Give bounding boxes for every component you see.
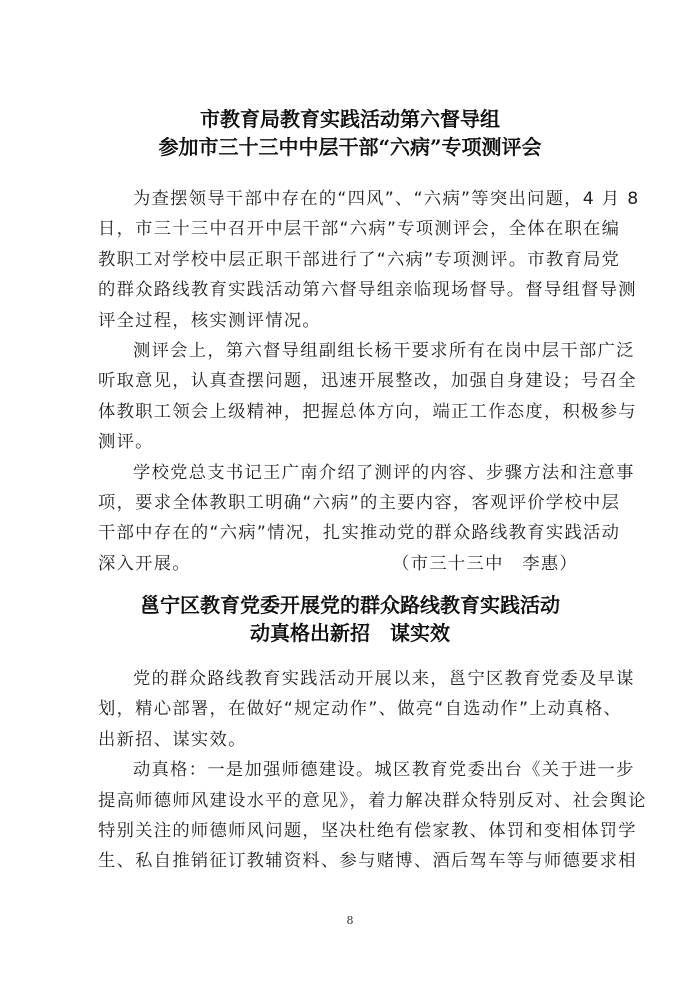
article2-title-line1: 邕宁区教育党委开展党的群众路线教育实践活动 [0,589,700,618]
text-line: 党的群众路线教育实践活动开展以来，邕宁区教育党委及早谋 [98,664,608,694]
page-number: 8 [0,914,700,927]
article1-title-line2: 参加市三十三中中层干部“六病”专项测评会 [0,131,700,160]
text-line: 为查摆领导干部中存在的“四风”、“六病”等突出问题，4 月 8 [98,184,608,214]
text-line: 测评。 [98,427,608,457]
text-line: 干部中存在的“六病”情况，扎实推动党的群众路线教育实践活动 [98,518,608,548]
document-page: 市教育局教育实践活动第六督导组 参加市三十三中中层干部“六病”专项测评会 为查摆… [0,0,700,990]
text-line-content: 深入开展。 [98,554,191,574]
text-line: 评全过程，核实测评情况。 [98,306,608,336]
text-line: 深入开展。 （市三十三中 李惠） [98,549,608,579]
text-line: 生、私自推销征订教辅资料、参与赌博、酒后驾车等与师德要求相 [98,846,608,876]
text-line: 项，要求全体教职工明确“六病”的主要内容，客观评价学校中层 [98,488,608,518]
text-line: 出新招、谋实效。 [98,725,608,755]
text-line: 的群众路线教育实践活动第六督导组亲临现场督导。督导组督导测 [98,275,608,305]
text-line: 听取意见，认真查摆问题，迅速开展整改，加强自身建设；号召全 [98,366,608,396]
text-line: 提高师德师风建设水平的意见》，着力解决群众特别反对、社会舆论 [98,786,608,816]
article2-body: 党的群众路线教育实践活动开展以来，邕宁区教育党委及早谋 划，精心部署，在做好“规… [98,664,608,877]
text-line: 教职工对学校中层正职干部进行了“六病”专项测评。市教育局党 [98,245,608,275]
text-line: 动真格：一是加强师德建设。城区教育党委出台《关于进一步 [98,755,608,785]
text-line: 特别关注的师德师风问题，坚决杜绝有偿家教、体罚和变相体罚学 [98,816,608,846]
text-line: 划，精心部署，在做好“规定动作”、做亮“自选动作”上动真格、 [98,694,608,724]
author-signature: （市三十三中 李惠） [392,549,578,579]
article1-body: 为查摆领导干部中存在的“四风”、“六病”等突出问题，4 月 8 日，市三十三中召… [98,184,608,579]
text-line: 学校党总支书记王广南介绍了测评的内容、步骤方法和注意事 [98,458,608,488]
text-line: 测评会上，第六督导组副组长杨干要求所有在岗中层干部广泛 [98,336,608,366]
text-line: 日，市三十三中召开中层干部“六病”专项测评会，全体在职在编 [98,214,608,244]
article1-title-line1: 市教育局教育实践活动第六督导组 [0,103,700,132]
text-line: 体教职工领会上级精神，把握总体方向，端正工作态度，积极参与 [98,397,608,427]
article2-title-line2: 动真格出新招 谋实效 [0,617,700,646]
